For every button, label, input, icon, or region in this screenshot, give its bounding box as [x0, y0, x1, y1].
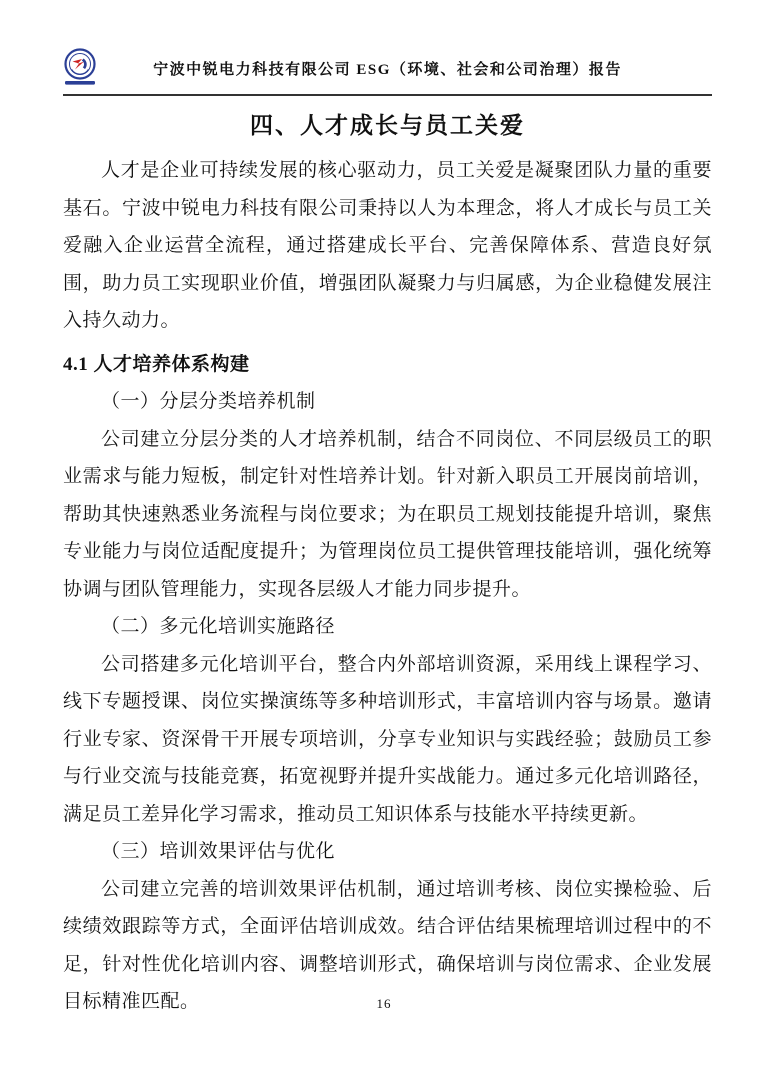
subsection-heading-3: （三）培训效果评估与优化 [63, 833, 712, 871]
intro-paragraph: 人才是企业可持续发展的核心驱动力，员工关爱是凝聚团队力量的重要基石。宁波中锐电力… [63, 152, 712, 340]
subsection-body-1: 公司建立分层分类的人才培养机制，结合不同岗位、不同层级员工的职业需求与能力短板，… [63, 421, 712, 609]
report-header-title: 宁波中锐电力科技有限公司 ESG（环境、社会和公司治理）报告 [103, 58, 712, 79]
company-logo [63, 48, 103, 88]
company-logo-icon [63, 48, 97, 88]
subsection-heading-1: （一）分层分类培养机制 [63, 383, 712, 421]
document-page: 宁波中锐电力科技有限公司 ESG（环境、社会和公司治理）报告 四、人才成长与员工… [0, 0, 768, 1086]
chapter-title: 四、人才成长与员工关爱 [63, 109, 712, 143]
section-heading-4-1: 4.1 人才培养体系构建 [63, 346, 712, 384]
subsection-heading-2: （二）多元化培训实施路径 [63, 608, 712, 646]
subsection-body-2: 公司搭建多元化培训平台，整合内外部培训资源，采用线上课程学习、线下专题授课、岗位… [63, 646, 712, 834]
page-header: 宁波中锐电力科技有限公司 ESG（环境、社会和公司治理）报告 [63, 48, 712, 96]
page-footer: 16 [0, 995, 768, 1013]
page-number: 16 [377, 996, 392, 1011]
